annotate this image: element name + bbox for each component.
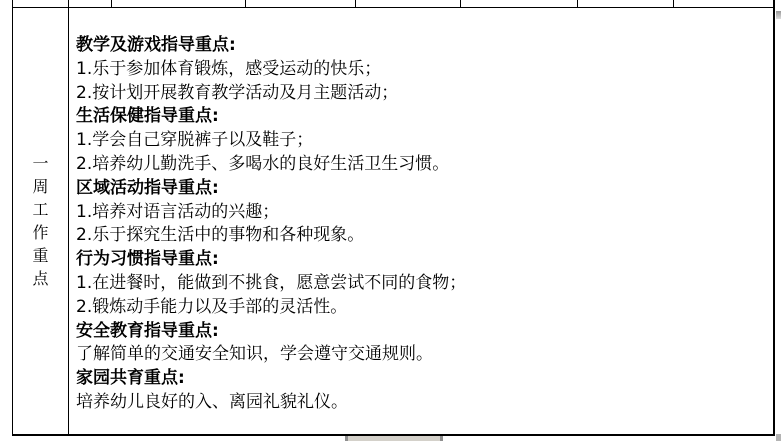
focus-line: 1.培养对语言活动的兴趣； bbox=[76, 201, 773, 225]
vertical-label-char: 工 bbox=[32, 198, 48, 221]
weekly-focus-content-cell[interactable]: 教学及游戏指导重点:1.乐于参加体育锻炼，感受运动的快乐；2.按计划开展教育教学… bbox=[69, 8, 773, 434]
vertical-label-char: 重 bbox=[32, 244, 48, 267]
top-row-divider bbox=[673, 0, 674, 7]
focus-section-heading: 家园共育重点: bbox=[76, 367, 773, 391]
focus-section-heading: 区域活动指导重点: bbox=[76, 177, 773, 201]
weekly-focus-lines: 教学及游戏指导重点:1.乐于参加体育锻炼，感受运动的快乐；2.按计划开展教育教学… bbox=[76, 34, 773, 415]
weekly-focus-header-cell[interactable]: 一 周 工 作 重 点 bbox=[13, 8, 68, 434]
top-row-divider bbox=[111, 0, 112, 7]
vertical-scrollbar-fragment-top[interactable] bbox=[776, 11, 781, 19]
vertical-label-char: 点 bbox=[32, 267, 48, 290]
vertical-label-char: 周 bbox=[32, 175, 48, 198]
vertical-scrollbar-fragment-bottom[interactable] bbox=[776, 434, 781, 441]
vertical-label-char: 作 bbox=[32, 221, 48, 244]
document-page: 一 周 工 作 重 点 教学及游戏指导重点:1.乐于参加体育锻炼，感受运动的快乐… bbox=[0, 0, 781, 441]
table-right-border bbox=[773, 0, 775, 436]
focus-line: 1.学会自己穿脱裤子以及鞋子； bbox=[76, 129, 773, 153]
focus-line: 1.在进餐时，能做到不挑食，愿意尝试不同的食物； bbox=[76, 272, 773, 296]
top-row-divider bbox=[577, 0, 578, 7]
focus-line: 2.锻炼动手能力以及手部的灵活性。 bbox=[76, 296, 773, 320]
focus-section-heading: 教学及游戏指导重点: bbox=[76, 34, 773, 58]
focus-line: 2.乐于探究生活中的事物和各种现象。 bbox=[76, 224, 773, 248]
focus-line: 1.乐于参加体育锻炼，感受运动的快乐； bbox=[76, 58, 773, 82]
focus-line: 2.按计划开展教育教学活动及月主题活动； bbox=[76, 82, 773, 106]
focus-line: 了解简单的交通安全知识，学会遵守交通规则。 bbox=[76, 343, 773, 367]
horizontal-scrollbar-thumb[interactable] bbox=[345, 436, 443, 441]
focus-line: 2.培养幼儿勤洗手、多喝水的良好生活卫生习惯。 bbox=[76, 153, 773, 177]
top-row-divider bbox=[355, 0, 356, 7]
top-row-divider bbox=[245, 0, 246, 7]
focus-line: 培养幼儿良好的入、离园礼貌礼仪。 bbox=[76, 391, 773, 415]
focus-section-heading: 行为习惯指导重点: bbox=[76, 248, 773, 272]
focus-section-heading: 生活保健指导重点: bbox=[76, 105, 773, 129]
top-row-divider bbox=[460, 0, 461, 7]
vertical-label-char: 一 bbox=[32, 152, 48, 175]
focus-section-heading: 安全教育指导重点: bbox=[76, 320, 773, 344]
